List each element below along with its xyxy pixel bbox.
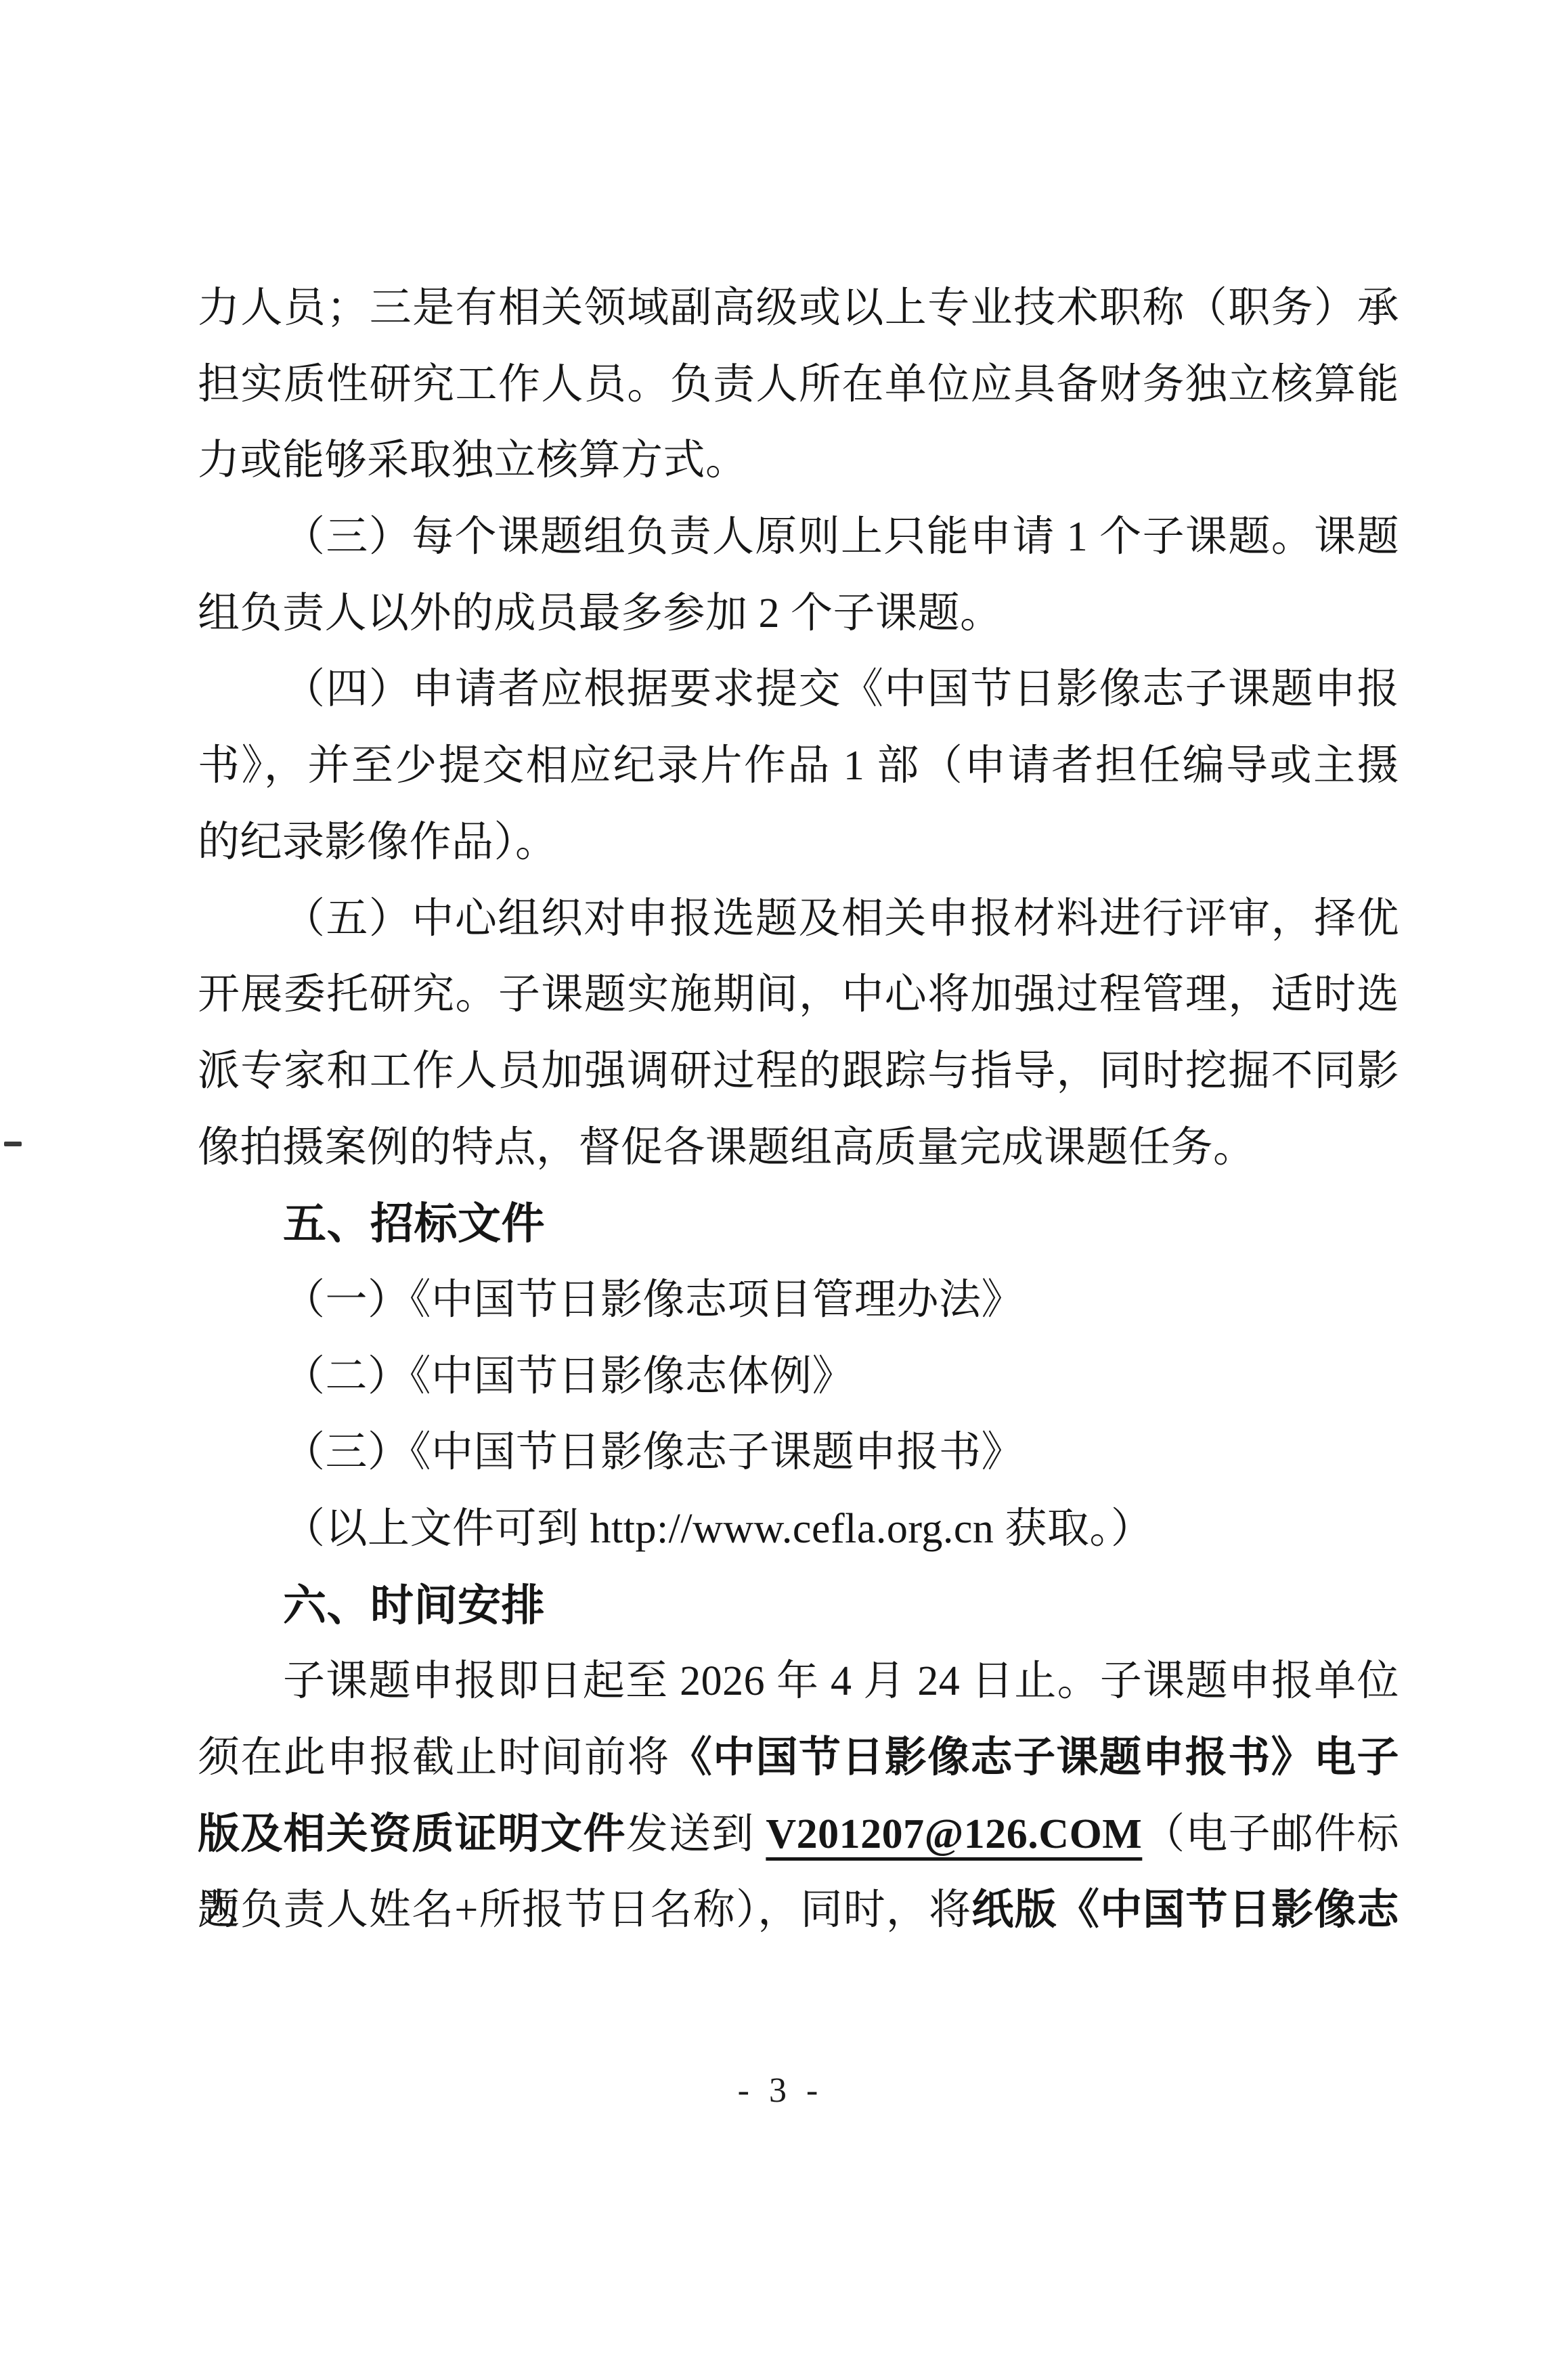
text-run: 版及相关资质证明文件	[198, 1811, 626, 1857]
text-run: 派专家和工作人员加强调研过程的跟踪与指导，同时挖掘不同影	[198, 1048, 1399, 1094]
document-text-block: 力人员；三是有相关领域副高级或以上专业技术职称（职务）承担实质性研究工作人员。负…	[198, 270, 1399, 1949]
text-line-20: 须在此申报截止时间前将《中国节日影像志子课题申报书》电子	[198, 1720, 1399, 1796]
text-line-9: （五）中心组织对申报选题及相关申报材料进行评审，择优	[198, 881, 1399, 957]
text-run: （四）申请者应根据要求提交《中国节日影像志子课题申报	[283, 666, 1399, 712]
page-number: - 3 -	[0, 2071, 1561, 2111]
text-line-22: 为负责人姓名+所报节日名称），同时，将纸版《中国节日影像志	[198, 1872, 1399, 1949]
text-run: （三）每个课题组负责人原则上只能申请 1 个子课题。课题	[283, 514, 1399, 560]
text-run: 为负责人姓名+所报节日名称），同时，将	[198, 1887, 971, 1933]
document-page: 力人员；三是有相关领域副高级或以上专业技术职称（职务）承担实质性研究工作人员。负…	[0, 0, 1561, 2380]
email-address-text: V201207@126.COM	[766, 1811, 1142, 1857]
text-run: 书》，并至少提交相应纪录片作品 1 部（申请者担任编导或主摄	[198, 743, 1399, 789]
text-run: （三）《中国节日影像志子课题申报书》	[283, 1429, 1024, 1475]
text-run: 像拍摄案例的特点，督促各课题组高质量完成课题任务。	[198, 1125, 1256, 1171]
text-line-5: 组负责人以外的成员最多参加 2 个子课题。	[198, 576, 1399, 652]
text-run: 五、招标文件	[283, 1199, 545, 1248]
text-run: 子课题申报即日起至 2026 年 4 月 24 日止。子课题申报单位	[283, 1658, 1399, 1704]
text-run: 力或能够采取独立核算方式。	[198, 437, 748, 483]
text-run: 的纪录影像作品）。	[198, 819, 558, 865]
scan-artifact-dash	[4, 1142, 22, 1146]
text-line-1: 力人员；三是有相关领域副高级或以上专业技术职称（职务）承	[198, 270, 1399, 347]
text-line-17: （以上文件可到 http://www.cefla.org.cn 获取。）	[198, 1491, 1399, 1567]
text-line-8: 的纪录影像作品）。	[198, 804, 1399, 881]
section-heading: 六、时间安排	[198, 1567, 1399, 1644]
text-run: （一）《中国节日影像志项目管理办法》	[283, 1277, 1024, 1323]
text-line-4: （三）每个课题组负责人原则上只能申请 1 个子课题。课题	[198, 499, 1399, 576]
text-run: （二）《中国节日影像志体例》	[283, 1354, 854, 1400]
text-line-15: （二）《中国节日影像志体例》	[198, 1339, 1399, 1415]
text-run: （以上文件可到 http://www.cefla.org.cn 获取。）	[283, 1506, 1153, 1552]
text-run: （五）中心组织对申报选题及相关申报材料进行评审，择优	[283, 896, 1399, 942]
text-run: 纸版《中国节日影像志	[971, 1887, 1399, 1933]
text-line-11: 派专家和工作人员加强调研过程的跟踪与指导，同时挖掘不同影	[198, 1033, 1399, 1110]
text-line-19: 子课题申报即日起至 2026 年 4 月 24 日止。子课题申报单位	[198, 1643, 1399, 1720]
text-run: 《中国节日影像志子课题申报书》电子	[670, 1735, 1399, 1781]
text-line-21: 版及相关资质证明文件发送到 V201207@126.COM（电子邮件标题	[198, 1796, 1399, 1873]
text-run: 力人员；三是有相关领域副高级或以上专业技术职称（职务）承	[198, 285, 1399, 331]
text-line-2: 担实质性研究工作人员。负责人所在单位应具备财务独立核算能	[198, 347, 1399, 423]
text-run: 六、时间安排	[283, 1581, 545, 1630]
text-line-10: 开展委托研究。子课题实施期间，中心将加强过程管理，适时选	[198, 957, 1399, 1033]
text-line-6: （四）申请者应根据要求提交《中国节日影像志子课题申报	[198, 651, 1399, 728]
text-run: 担实质性研究工作人员。负责人所在单位应具备财务独立核算能	[198, 362, 1399, 408]
text-run: 组负责人以外的成员最多参加 2 个子课题。	[198, 590, 1003, 636]
text-run: 开展委托研究。子课题实施期间，中心将加强过程管理，适时选	[198, 972, 1399, 1018]
text-line-12: 像拍摄案例的特点，督促各课题组高质量完成课题任务。	[198, 1110, 1399, 1186]
section-heading: 五、招标文件	[198, 1186, 1399, 1262]
text-line-14: （一）《中国节日影像志项目管理办法》	[198, 1262, 1399, 1339]
text-line-16: （三）《中国节日影像志子课题申报书》	[198, 1414, 1399, 1491]
text-line-7: 书》，并至少提交相应纪录片作品 1 部（申请者担任编导或主摄	[198, 728, 1399, 804]
text-run: 须在此申报截止时间前将	[198, 1735, 670, 1781]
text-run: 发送到	[626, 1811, 766, 1857]
text-line-3: 力或能够采取独立核算方式。	[198, 423, 1399, 499]
